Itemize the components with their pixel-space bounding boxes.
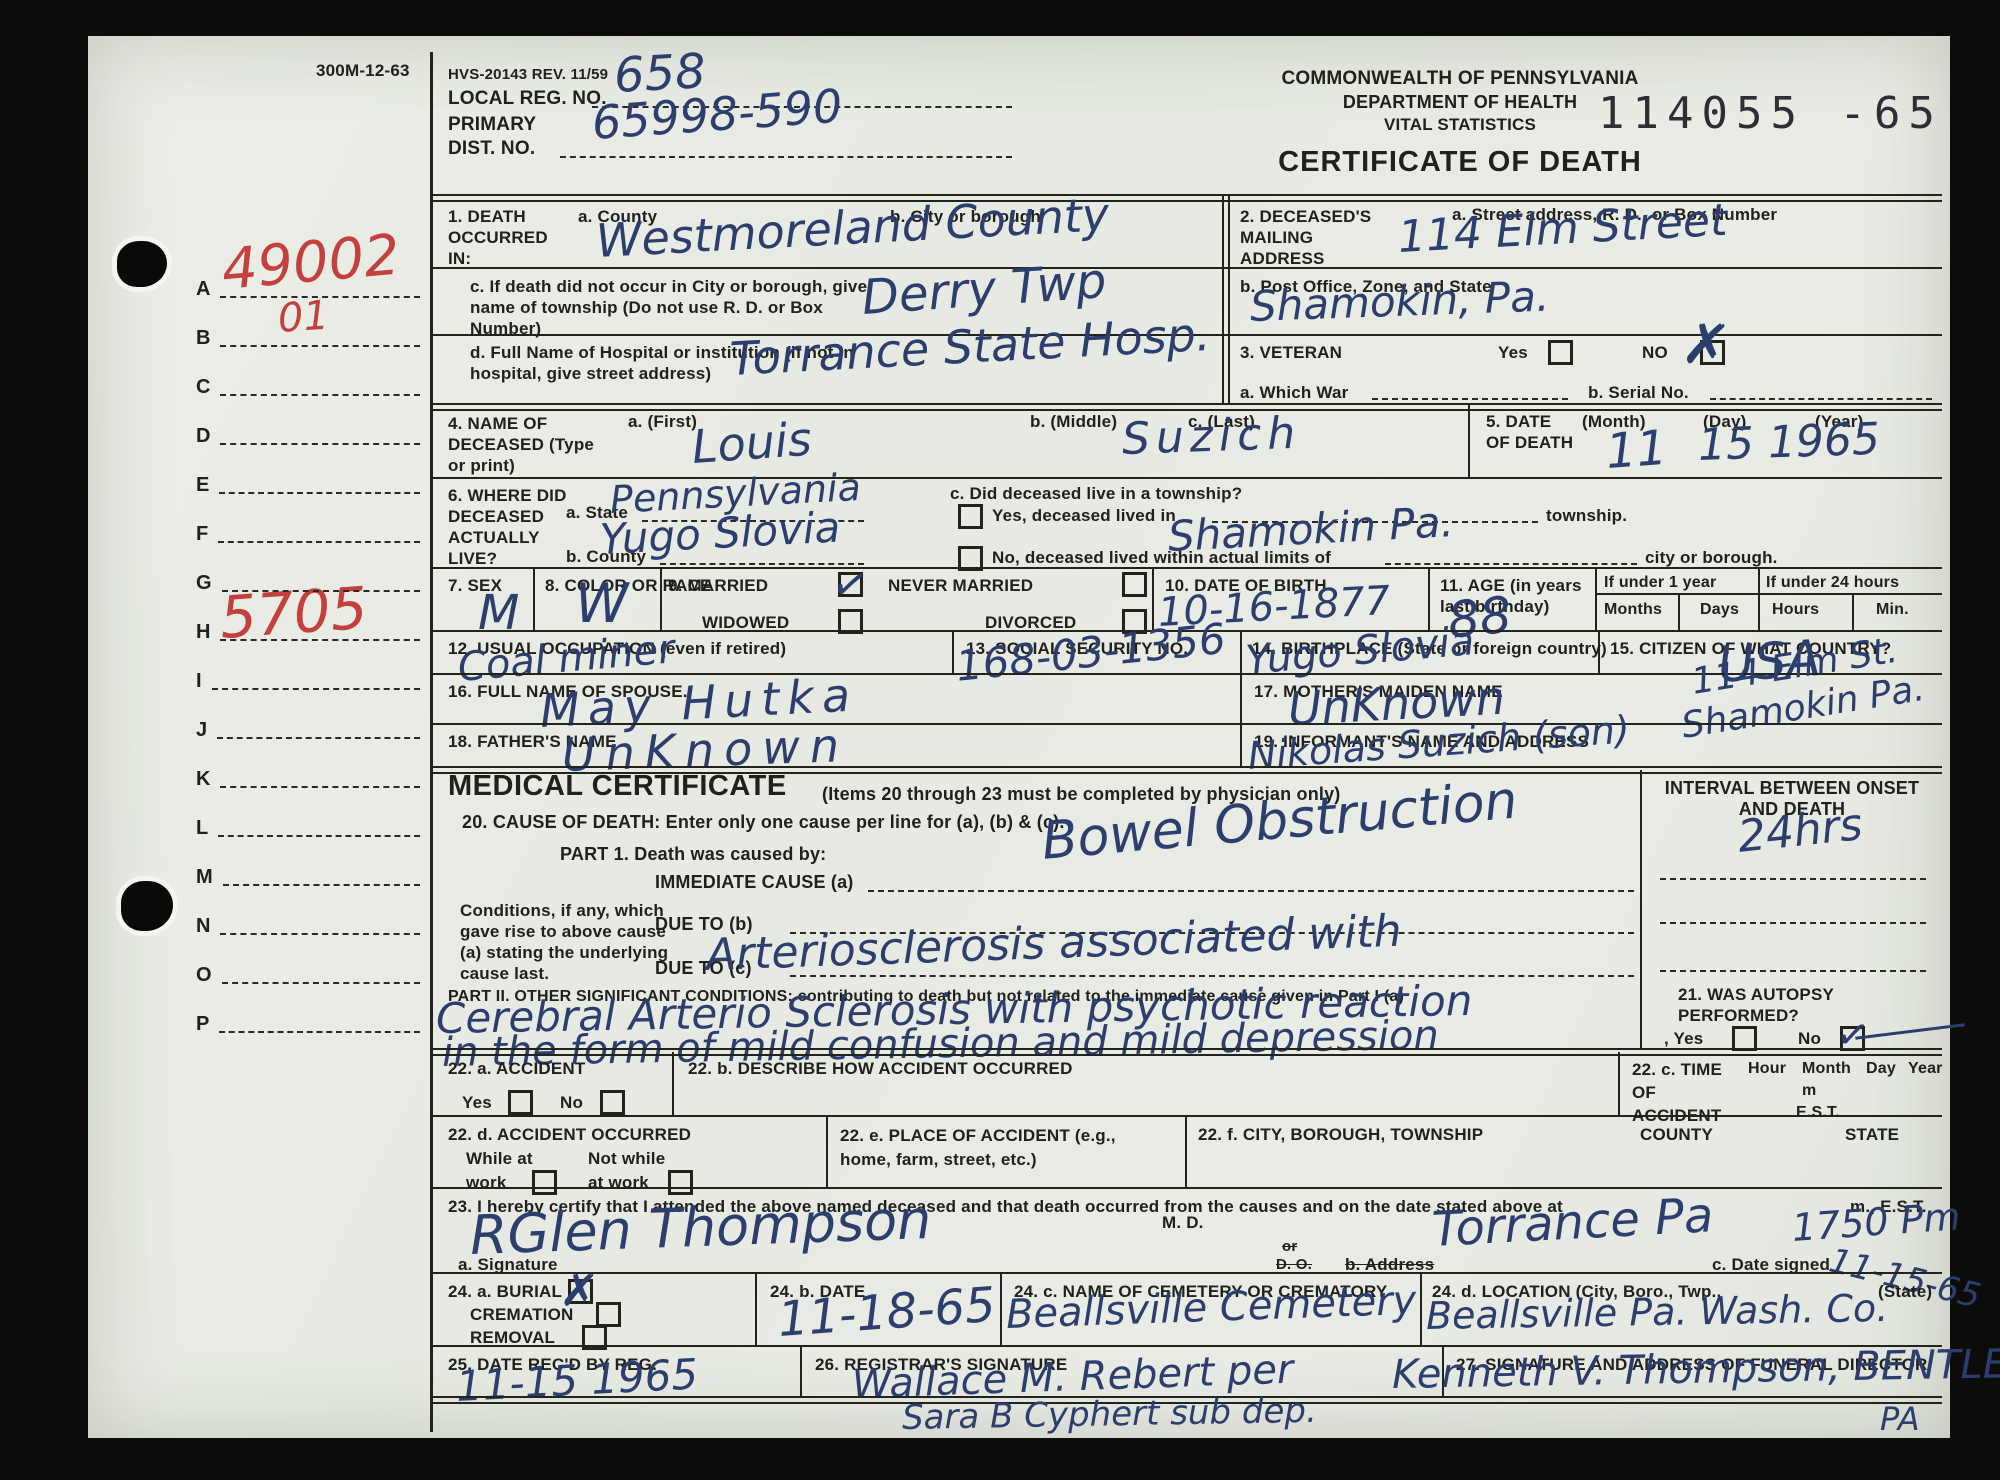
margin-letter-line (222, 590, 420, 592)
rule-22def-bottom (430, 1187, 1942, 1189)
margin-letter: J (196, 719, 207, 742)
s6b-line (660, 563, 864, 565)
margin-form-code: 300M-12-63 (316, 60, 410, 81)
s6-no-dots (1385, 563, 1637, 565)
margin-letter-line (217, 737, 420, 739)
s22c-m-label: m (1802, 1080, 1816, 1101)
s4-first-value: Louis (690, 412, 813, 474)
rule-s1-bottom (430, 403, 1942, 411)
s5-label: 5. DATE OF DEATH (1486, 411, 1578, 453)
margin-letter-line (222, 982, 420, 984)
s5-dayyear-value: 15 1965 (1697, 414, 1881, 471)
margin-letter: N (196, 915, 210, 938)
s22d-atwork-label: at work (588, 1172, 649, 1193)
certificate-number-stamp: 114055 -65 (1598, 88, 1943, 139)
s2b-value: Shamokin, Pa. (1249, 272, 1550, 331)
s6-label: 6. WHERE DID DECEASED ACTUALLY LIVE? (448, 485, 576, 569)
divider-24b-24c (1000, 1274, 1002, 1345)
margin-letter: P (196, 1013, 209, 1036)
margin-letter-row-O: O (196, 963, 420, 987)
s22a-no-checkbox (600, 1090, 625, 1115)
s11-min-label: Min. (1876, 599, 1909, 620)
s4b-label: b. (Middle) (1030, 411, 1117, 432)
s8-value: W (575, 572, 628, 635)
s22c-hour-label: Hour (1748, 1058, 1786, 1079)
margin-letter-line (220, 296, 420, 298)
margin-letter-line (219, 1031, 420, 1033)
divider-22d-22e (826, 1117, 828, 1187)
immediate-cause-line (868, 890, 1634, 892)
s9-never-label: NEVER MARRIED (888, 575, 1033, 596)
s22a-yes-checkbox (508, 1090, 533, 1115)
s22c-year-label: Year (1908, 1058, 1943, 1079)
margin-letter-line (220, 786, 420, 788)
interval-line-c (1660, 970, 1926, 972)
divider-under1-under24 (1758, 569, 1760, 630)
divider-7-8 (533, 569, 535, 630)
divider-13-14 (1240, 632, 1242, 673)
s22c-est-label: E.S.T. (1796, 1102, 1840, 1123)
s22d-label: 22. d. ACCIDENT OCCURRED (448, 1124, 691, 1145)
s24-burial-label: 24. a. BURIAL (448, 1281, 562, 1302)
part1-label: PART 1. Death was caused by: (560, 844, 826, 865)
margin-letter-row-E: E (196, 473, 420, 497)
divider-24a-24b (755, 1274, 757, 1345)
margin-letter-row-N: N (196, 914, 420, 938)
margin-letter-line (220, 443, 420, 445)
s3-no-mark: ✗ (1678, 308, 1733, 381)
s6-yes-line: Yes, deceased lived in (992, 505, 1176, 526)
due-c-line (790, 975, 1634, 977)
divider-11-under1 (1595, 569, 1597, 630)
s27-value2: PA (1880, 1400, 1920, 1438)
interval-line-b (1660, 922, 1926, 924)
s3-serial-label: b. Serial No. (1588, 382, 1689, 403)
s24-cremation-label: CREMATION (470, 1304, 573, 1325)
margin-letter-line (220, 639, 420, 641)
rule-1ab (430, 267, 1942, 269)
s2-label: 2. DECEASED'S MAILING ADDRESS (1240, 206, 1390, 269)
divider-16-17 (1240, 675, 1242, 723)
s22f-county-label: COUNTY (1640, 1124, 1713, 1145)
margin-letter-line (212, 688, 420, 690)
margin-letter-line (220, 394, 420, 396)
s22d-while-label: While at (466, 1148, 533, 1169)
margin-letter: D (196, 425, 210, 448)
margin-letter-row-D: D (196, 424, 420, 448)
s11-under1-label: If under 1 year (1604, 572, 1716, 593)
s11-under24-label: If under 24 hours (1766, 572, 1899, 593)
margin-letter-row-J: J (196, 718, 420, 742)
s9-never-checkbox (1122, 572, 1147, 597)
s4a-label: a. (First) (628, 411, 697, 432)
divider-med-interval (1640, 770, 1642, 1048)
margin-letter: O (196, 964, 212, 987)
s11-under24-rule (1758, 593, 1942, 595)
margin-letter-row-G: G (196, 571, 420, 595)
margin-letter-row-B: B (196, 326, 420, 350)
margin-letter: H (196, 621, 210, 644)
s3-yes-label: Yes (1498, 342, 1528, 363)
col-divider-4-5 (1468, 405, 1470, 477)
scanned-death-certificate: 300M-12-63 49002 01 5705 ABCDEFGHIJKLMNO… (0, 0, 2000, 1480)
margin-letter-line (223, 884, 420, 886)
s11-under1-rule (1595, 593, 1758, 595)
margin-letter-row-H: H (196, 620, 420, 644)
divider-18-19 (1240, 725, 1242, 767)
s11-days-label: Days (1700, 599, 1739, 620)
s22d-work-checkbox (532, 1170, 557, 1195)
margin-letter-line (220, 345, 420, 347)
primary-label: PRIMARY (448, 114, 536, 135)
divider-22e-22f (1185, 1117, 1187, 1187)
s6-city-label: city or borough. (1645, 547, 1778, 568)
divider-8-9 (660, 569, 662, 630)
conditions-label: Conditions, if any, which gave rise to a… (460, 900, 678, 984)
rule-s23-bottom (430, 1272, 1942, 1274)
s22a-yes-label: Yes (462, 1092, 492, 1113)
s7-value: M (478, 585, 519, 641)
margin-divider-line (430, 52, 433, 1432)
s22d-notwhile-label: Not while (588, 1148, 665, 1169)
margin-letter: M (196, 866, 213, 889)
margin-letter: I (196, 670, 202, 693)
margin-letter-row-K: K (196, 767, 420, 791)
s4-label: 4. NAME OF DECEASED (Type or print) (448, 413, 598, 476)
s4-last-value: Suzich (1121, 408, 1302, 465)
s5-month-value: 11 (1604, 420, 1669, 480)
margin-letter-row-M: M (196, 865, 420, 889)
s22c-month-label: Month (1802, 1058, 1851, 1079)
interval-line-a (1660, 878, 1926, 880)
s3-serial-line (1710, 398, 1932, 400)
margin-letter-line (219, 492, 420, 494)
rule-med-bottom (430, 1048, 1942, 1056)
local-reg-label: LOCAL REG. NO. (448, 88, 607, 109)
col-divider-1-2 (1222, 196, 1230, 403)
s6-yes-checkbox (958, 504, 983, 529)
form-revision: HVS-20143 REV. 11/59 (448, 64, 608, 85)
s22d-atwork-checkbox (668, 1170, 693, 1195)
s6c-label: c. Did deceased live in a township? (950, 483, 1242, 504)
s22f-label: 22. f. CITY, BOROUGH, TOWNSHIP (1198, 1124, 1483, 1145)
s24-cremation-checkbox (596, 1302, 621, 1327)
s21-no-label: No (1798, 1028, 1821, 1049)
margin-letter: K (196, 768, 210, 791)
s22a-no-label: No (560, 1092, 583, 1113)
s3-yes-checkbox (1548, 340, 1573, 365)
divider-14-15 (1598, 632, 1600, 673)
margin-letter-row-A: A (196, 277, 420, 301)
divider-22a-22b (672, 1052, 674, 1115)
margin-letter-row-P: P (196, 1012, 420, 1036)
immediate-cause-label: IMMEDIATE CAUSE (a) (655, 872, 853, 893)
margin-letter: F (196, 523, 208, 546)
s23-md-label: M. D. (1162, 1212, 1204, 1233)
margin-letter-line (220, 933, 420, 935)
primary-dist-line (560, 156, 1012, 158)
divider-22b-22c (1618, 1052, 1620, 1115)
s11-hours-min-divider (1852, 593, 1854, 630)
margin-letter-row-F: F (196, 522, 420, 546)
s3-war-label: a. Which War (1240, 382, 1349, 403)
margin-letter: B (196, 327, 210, 350)
margin-letter: A (196, 278, 210, 301)
margin-letter-line (218, 541, 420, 543)
divider-24c-24d (1420, 1274, 1422, 1345)
s22a-label: 22. a. ACCIDENT (448, 1058, 585, 1079)
s3-war-line (1372, 398, 1568, 400)
s22d-work-label: work (466, 1172, 506, 1193)
s22e-label: 22. e. PLACE OF ACCIDENT (e.g., home, fa… (840, 1124, 1170, 1172)
s20-label: 20. CAUSE OF DEATH: Enter only one cause… (462, 812, 1065, 833)
certificate-title: CERTIFICATE OF DEATH (1240, 152, 1680, 173)
s11-months-label: Months (1604, 599, 1662, 620)
s11-hours-label: Hours (1772, 599, 1819, 620)
margin-letter-line (218, 835, 420, 837)
s22f-state-label: STATE (1845, 1124, 1899, 1145)
s3-label: 3. VETERAN (1240, 342, 1342, 363)
s26-deputy-value: Sara B Cyphert sub dep. (902, 1391, 1317, 1438)
margin-letter-row-L: L (196, 816, 420, 840)
rule-s6-bottom (430, 567, 1942, 569)
margin-letter: L (196, 817, 208, 840)
s11-months-days-divider (1678, 593, 1680, 630)
header-commonwealth: COMMONWEALTH OF PENNSYLVANIA (1240, 68, 1680, 89)
dist-label: DIST. NO. (448, 138, 535, 159)
margin-letter-row-I: I (196, 669, 420, 693)
s1-label: 1. DEATH OCCURRED IN: (448, 206, 566, 269)
margin-letter: E (196, 474, 209, 497)
s6-township-label: township. (1546, 505, 1627, 526)
margin-letter-row-C: C (196, 375, 420, 399)
margin-letter: G (196, 572, 212, 595)
s22c-day-label: Day (1866, 1058, 1896, 1079)
s21-yes-label: , Yes (1664, 1028, 1703, 1049)
med-title: MEDICAL CERTIFICATE (448, 776, 787, 797)
s9-label: 9. MARRIED (668, 575, 768, 596)
s24d-value: Beallsville Pa. Wash. Co. (1426, 1286, 1889, 1338)
s3-no-label: NO (1642, 342, 1668, 363)
divider-25-26 (800, 1347, 802, 1398)
s22b-label: 22. b. DESCRIBE HOW ACCIDENT OCCURRED (688, 1058, 1073, 1079)
margin-letter: C (196, 376, 210, 399)
